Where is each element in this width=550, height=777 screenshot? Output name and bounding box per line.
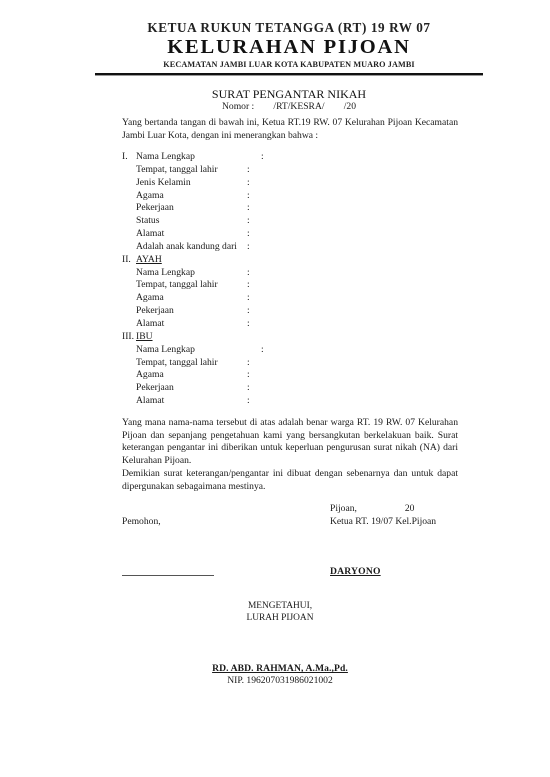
approval-block: MENGETAHUI, LURAH PIJOAN: [180, 600, 380, 625]
applicant-signature-line: [122, 575, 214, 576]
place-date: Pijoan, 20: [330, 503, 436, 516]
letter-page: KETUA RUKUN TETANGGA (RT) 19 RW 07 KELUR…: [0, 0, 550, 777]
field-row: Nama Lengkap :: [122, 344, 462, 357]
field-colon: :: [247, 202, 250, 215]
field-label: Alamat: [136, 395, 164, 408]
field-row: Pekerjaan :: [122, 305, 462, 318]
field-row: Tempat, tanggal lahir :: [122, 164, 462, 177]
field-row: Alamat :: [122, 395, 462, 408]
rt-name: DARYONO: [330, 566, 381, 577]
field-colon: :: [247, 215, 250, 228]
closing-line: keterangan pengantar ini diberikan untuk…: [122, 442, 458, 455]
field-label: Pekerjaan: [136, 382, 174, 395]
section-title: AYAH: [136, 254, 162, 267]
field-label: Agama: [136, 292, 164, 305]
field-row: Adalah anak kandung dari :: [122, 241, 462, 254]
applicant-label: Pemohon,: [122, 516, 161, 528]
field-label: Agama: [136, 369, 164, 382]
rt-title: Ketua RT. 19/07 Kel.Pijoan: [330, 516, 436, 529]
official-signature-block: RD. ABD. RAHMAN, A.Ma.,Pd. NIP. 19620703…: [160, 663, 400, 688]
field-label: Jenis Kelamin: [136, 177, 191, 190]
field-label: Nama Lengkap: [136, 267, 195, 280]
field-row: Status :: [122, 215, 462, 228]
document-heading: SURAT PENGANTAR NIKAH Nomor : /RT/KESRA/…: [95, 87, 483, 113]
field-label: Nama Lengkap: [136, 344, 195, 357]
field-colon: :: [247, 241, 250, 254]
field-label: Pekerjaan: [136, 202, 174, 215]
official-nip: NIP. 196207031986021002: [160, 675, 400, 687]
field-row: Pekerjaan :: [122, 202, 462, 215]
closing-line: Kelurahan Pijoan.: [122, 455, 458, 468]
field-label: Tempat, tanggal lahir: [136, 279, 218, 292]
intro-line: Jambi Luar Kota, dengan ini menerangkan …: [122, 130, 318, 141]
section-number: I.: [122, 151, 128, 164]
letterhead: KETUA RUKUN TETANGGA (RT) 19 RW 07 KELUR…: [95, 20, 483, 71]
field-row: Jenis Kelamin :: [122, 177, 462, 190]
field-colon: :: [247, 382, 250, 395]
section-header-ibu: III. IBU: [122, 331, 462, 344]
document-title: SURAT PENGANTAR NIKAH: [95, 87, 483, 101]
field-colon: :: [261, 344, 264, 357]
field-label: Alamat: [136, 318, 164, 331]
field-colon: :: [247, 164, 250, 177]
field-row: Agama :: [122, 369, 462, 382]
field-row: I. Nama Lengkap :: [122, 151, 462, 164]
field-label: Agama: [136, 190, 164, 203]
intro-paragraph: Yang bertanda tangan di bawah ini, Ketua…: [122, 117, 458, 142]
section-title: IBU: [136, 331, 153, 344]
approval-office: LURAH PIJOAN: [180, 612, 380, 624]
field-colon: :: [247, 279, 250, 292]
rt-signature-block: Pijoan, 20Ketua RT. 19/07 Kel.Pijoan: [330, 503, 436, 529]
field-label: Pekerjaan: [136, 305, 174, 318]
field-label: Tempat, tanggal lahir: [136, 164, 218, 177]
field-colon: :: [247, 395, 250, 408]
closing-paragraph: Yang mana nama-nama tersebut di atas ada…: [122, 417, 458, 493]
field-colon: :: [261, 151, 264, 164]
identity-fields: I. Nama Lengkap : Tempat, tanggal lahir …: [122, 151, 462, 408]
approval-label: MENGETAHUI,: [180, 600, 380, 612]
field-colon: :: [247, 190, 250, 203]
closing-line: Yang mana nama-nama tersebut di atas ada…: [122, 417, 458, 430]
field-label: Adalah anak kandung dari: [136, 241, 237, 254]
field-colon: :: [247, 369, 250, 382]
field-colon: :: [247, 318, 250, 331]
field-label: Alamat: [136, 228, 164, 241]
field-colon: :: [247, 292, 250, 305]
field-colon: :: [247, 267, 250, 280]
field-row: Tempat, tanggal lahir :: [122, 357, 462, 370]
field-row: Pekerjaan :: [122, 382, 462, 395]
field-row: Tempat, tanggal lahir :: [122, 279, 462, 292]
section-header-ayah: II. AYAH: [122, 254, 462, 267]
document-number: Nomor : /RT/KESRA/ /20: [95, 101, 483, 113]
field-label: Tempat, tanggal lahir: [136, 357, 218, 370]
field-row: Agama :: [122, 292, 462, 305]
letterhead-address: KECAMATAN JAMBI LUAR KOTA KABUPATEN MUAR…: [95, 59, 483, 71]
field-row: Alamat :: [122, 228, 462, 241]
intro-line: Yang bertanda tangan di bawah ini, Ketua…: [122, 117, 458, 130]
field-colon: :: [247, 228, 250, 241]
closing-line: Demikian surat keterangan/pengantar ini …: [122, 468, 458, 481]
field-colon: :: [247, 177, 250, 190]
field-row: Alamat :: [122, 318, 462, 331]
letterhead-kelurahan: KELURAHAN PIJOAN: [95, 36, 483, 58]
section-number: III.: [122, 331, 134, 344]
field-colon: :: [247, 305, 250, 318]
field-colon: :: [247, 357, 250, 370]
field-row: Nama Lengkap :: [122, 267, 462, 280]
official-name: RD. ABD. RAHMAN, A.Ma.,Pd.: [160, 663, 400, 675]
closing-line: dipergunakan sebagaimana mestinya.: [122, 481, 458, 494]
closing-line: Pijoan dan sepanjang pengetahuan kami ya…: [122, 430, 458, 443]
field-label: Status: [136, 215, 159, 228]
letterhead-divider: [95, 73, 483, 76]
field-row: Agama :: [122, 190, 462, 203]
section-number: II.: [122, 254, 131, 267]
letterhead-rt-title: KETUA RUKUN TETANGGA (RT) 19 RW 07: [95, 20, 483, 36]
field-label: Nama Lengkap: [136, 151, 195, 164]
